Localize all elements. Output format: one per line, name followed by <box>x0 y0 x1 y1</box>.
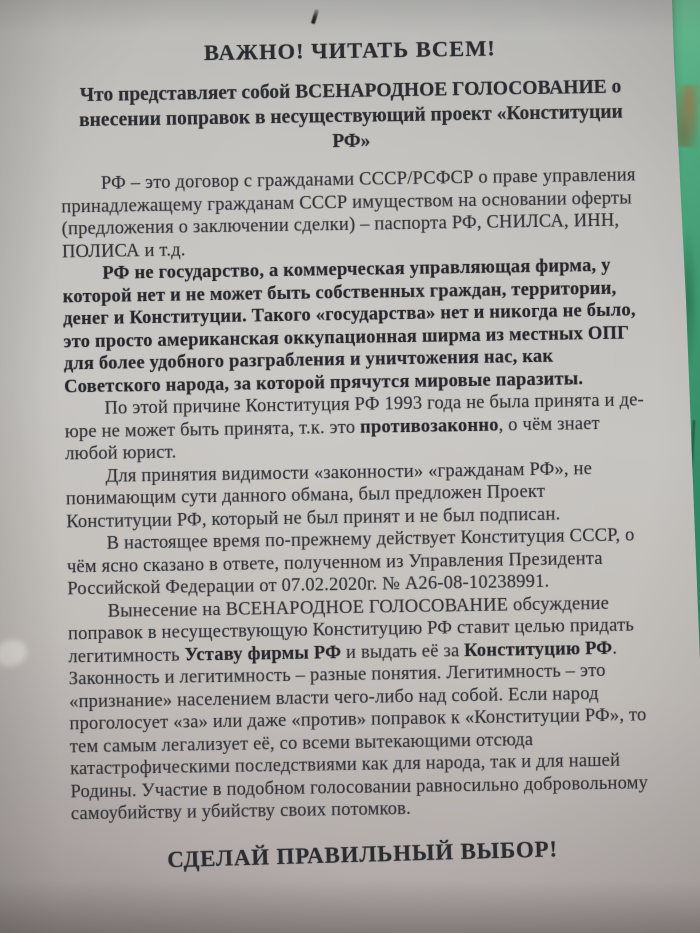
paragraph: РФ – это договор с гражданами СССР/РСФСР… <box>61 164 644 263</box>
footer-slogan: СДЕЛАЙ ПРАВИЛЬНЫЙ ВЫБОР! <box>71 833 653 875</box>
page-title: ВАЖНО! ЧИТАТЬ ВСЕМ! <box>59 33 641 68</box>
leaflet-page: ВАЖНО! ЧИТАТЬ ВСЕМ! Что представляет соб… <box>0 0 700 933</box>
paragraph: РФ не государство, а коммерческая управл… <box>62 254 646 398</box>
text-run: РФ – это договор с гражданами СССР/РСФСР… <box>61 165 636 262</box>
bold-text-run: противозаконно <box>360 415 499 437</box>
paragraph: По этой причине Конституция РФ 1993 года… <box>64 389 647 466</box>
page-subtitle: Что представляет собой ВСЕНАРОДНОЕ ГОЛОС… <box>59 74 642 158</box>
document-body: РФ – это договор с гражданами СССР/РСФСР… <box>61 164 653 826</box>
bold-text-run: Уставу фирмы РФ <box>184 643 341 665</box>
bold-text-run: Конституцию РФ <box>464 638 613 660</box>
bold-text-run: РФ не государство, а коммерческая управл… <box>63 256 636 397</box>
paragraph: Для принятия видимости «законности» «гра… <box>65 457 648 534</box>
text-run: . Законность и легитимность – разные пон… <box>69 638 649 824</box>
text-run: В настоящее время по-прежнему действует … <box>67 525 635 599</box>
text-run: Для принятия видимости «законности» «гра… <box>66 459 592 532</box>
paragraph: В настоящее время по-прежнему действует … <box>66 524 649 601</box>
photographed-leaflet: ВАЖНО! ЧИТАТЬ ВСЕМ! Что представляет соб… <box>0 0 700 933</box>
paragraph: Вынесение на ВСЕНАРОДНОЕ ГОЛОСОВАНИЕ обс… <box>68 592 653 826</box>
text-run: и выдать её за <box>341 641 464 663</box>
